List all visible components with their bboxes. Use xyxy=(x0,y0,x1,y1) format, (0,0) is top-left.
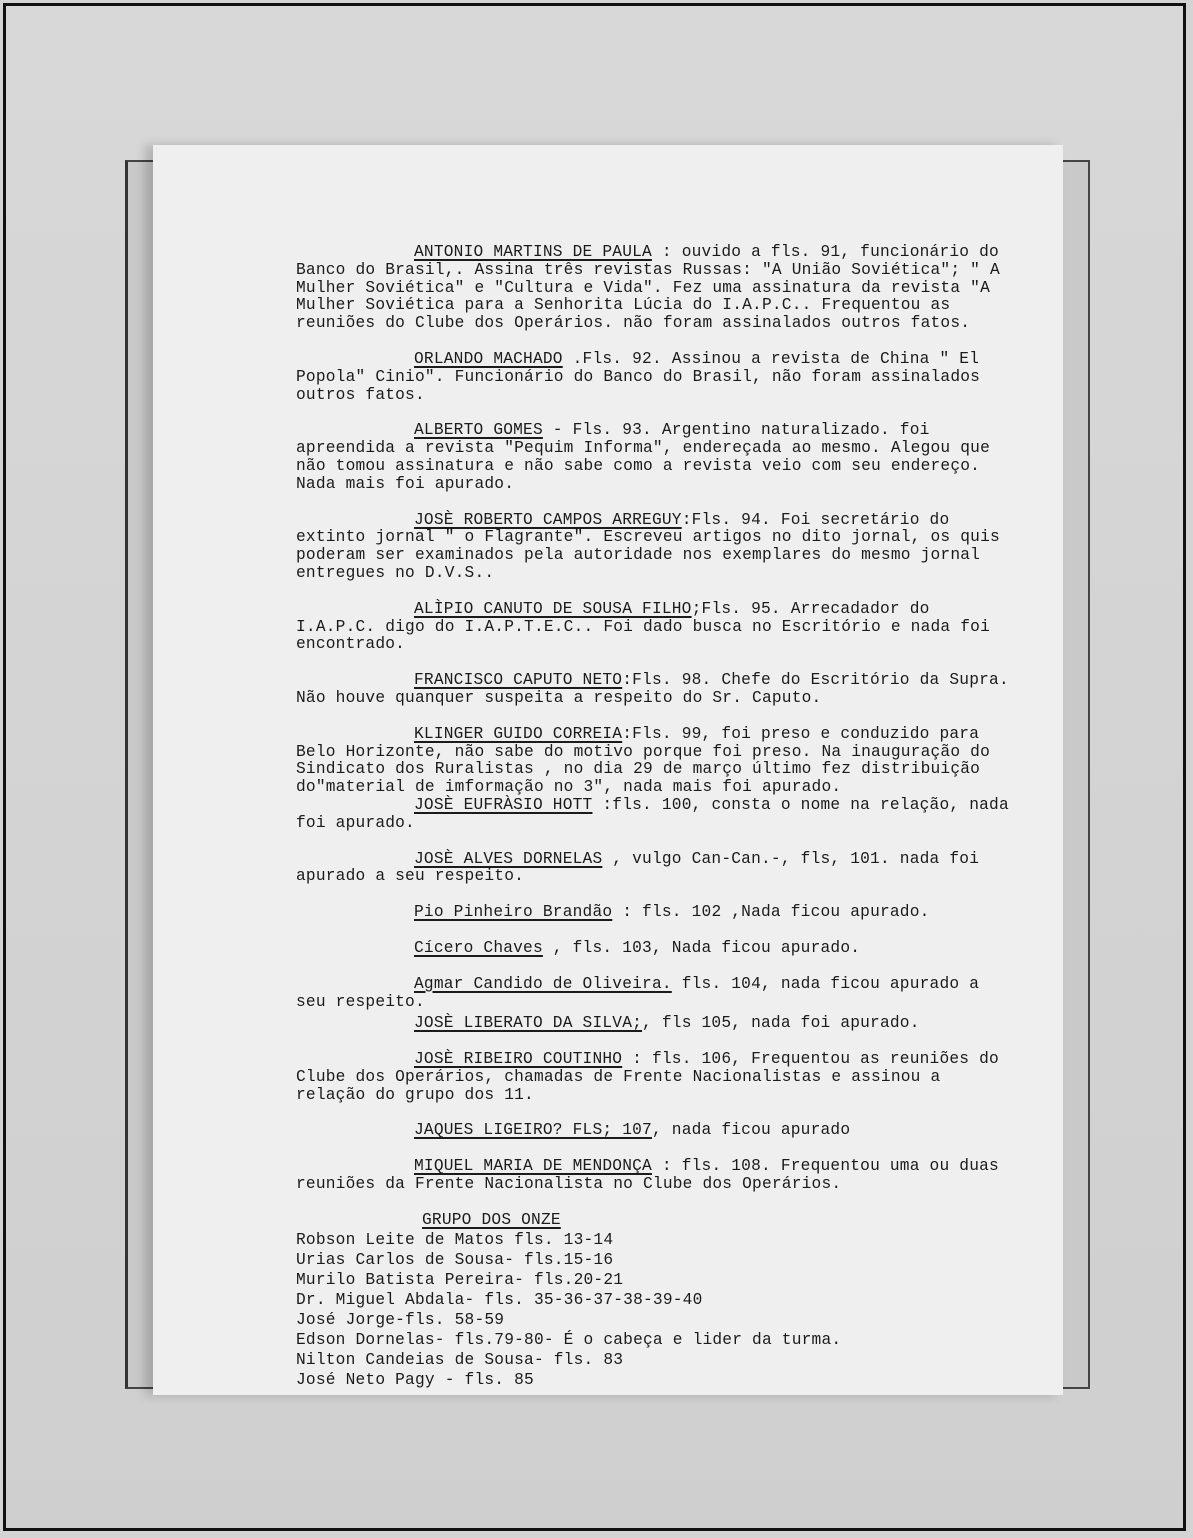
entry-text: , fls 105, nada foi apurado. xyxy=(642,1014,920,1032)
entry-name: JAQUES LIGEIRO? FLS; 107 xyxy=(414,1121,652,1139)
entry: ALÌPIO CANUTO DE SOUSA FILHO;Fls. 95. Ar… xyxy=(296,601,1016,654)
entry-text: :fls. 100, consta o nome na relação, nad… xyxy=(296,796,1019,832)
entry-name: JOSÈ ROBERTO CAMPOS ARREGUY xyxy=(414,511,682,529)
entry-text: :Fls. 99, foi preso e conduzido para Bel… xyxy=(296,725,1000,796)
entry-text: : ouvido a fls. 91, funcionário do Banco… xyxy=(296,243,1010,332)
entry-name: JOSÈ RIBEIRO COUTINHO xyxy=(414,1050,622,1068)
entry: FRANCISCO CAPUTO NETO:Fls. 98. Chefe do … xyxy=(296,672,1016,708)
entry: KLINGER GUIDO CORREIA:Fls. 99, foi preso… xyxy=(296,726,1016,797)
group-member: Edson Dornelas- fls.79-80- É o cabeça e … xyxy=(296,1330,1016,1350)
entry-text: : fls. 102 ,Nada ficou apurado. xyxy=(612,903,929,921)
entry: JOSÈ ALVES DORNELAS , vulgo Can-Can.-, f… xyxy=(296,851,1016,887)
entry-name: ALBERTO GOMES xyxy=(414,421,543,439)
entry-name: Cícero Chaves xyxy=(414,939,543,957)
entry-text: - Fls. 93. Argentino naturalizado. foi a… xyxy=(296,421,1000,492)
entry: ALBERTO GOMES - Fls. 93. Argentino natur… xyxy=(296,422,1016,493)
entry-text: : fls. 108. Frequentou uma ou duas reuni… xyxy=(296,1157,1009,1193)
entry-name: ORLANDO MACHADO xyxy=(414,350,563,368)
entry: ANTONIO MARTINS DE PAULA : ouvido a fls.… xyxy=(296,244,1016,333)
entry: ORLANDO MACHADO .Fls. 92. Assinou a revi… xyxy=(296,351,1016,404)
entry-name: JOSÈ EUFRÀSIO HOTT xyxy=(414,796,592,814)
entry: Agmar Candido de Oliveira. fls. 104, nad… xyxy=(296,976,1016,1012)
group-title: GRUPO DOS ONZE xyxy=(422,1212,1016,1230)
entry: MIQUEL MARIA DE MENDONÇA : fls. 108. Fre… xyxy=(296,1158,1016,1194)
group-member: Robson Leite de Matos fls. 13-14 xyxy=(296,1230,1016,1250)
entry-name: JOSÈ LIBERATO DA SILVA; xyxy=(414,1014,642,1032)
entry: JOSÈ EUFRÀSIO HOTT :fls. 100, consta o n… xyxy=(296,797,1016,833)
entry-text: .Fls. 92. Assinou a revista de China " E… xyxy=(296,350,990,404)
entry: JOSÈ ROBERTO CAMPOS ARREGUY:Fls. 94. Foi… xyxy=(296,512,1016,583)
entry-text: , fls. 103, Nada ficou apurado. xyxy=(543,939,860,957)
document-body: ANTONIO MARTINS DE PAULA : ouvido a fls.… xyxy=(296,244,1016,1390)
group-member: José Jorge-fls. 58-59 xyxy=(296,1310,1016,1330)
entry-text: :Fls. 98. Chefe do Escritório da Supra. … xyxy=(296,671,1019,707)
entry-name: Pio Pinheiro Brandão xyxy=(414,903,612,921)
entry: JAQUES LIGEIRO? FLS; 107, nada ficou apu… xyxy=(296,1122,1016,1140)
entry: JOSÈ LIBERATO DA SILVA;, fls 105, nada f… xyxy=(296,1015,1016,1033)
entry-text: : fls. 106, Frequentou as reuniões do Cl… xyxy=(296,1050,1009,1104)
entry-text: , vulgo Can-Can.-, fls, 101. nada foi ap… xyxy=(296,850,989,886)
entry-name: MIQUEL MARIA DE MENDONÇA xyxy=(414,1157,652,1175)
group-member: Dr. Miguel Abdala- fls. 35-36-37-38-39-4… xyxy=(296,1290,1016,1310)
entry-name: ALÌPIO CANUTO DE SOUSA FILHO xyxy=(414,600,692,618)
entry: Cícero Chaves , fls. 103, Nada ficou apu… xyxy=(296,940,1016,958)
group-member: José Neto Pagy - fls. 85 xyxy=(296,1370,1016,1390)
group-member: Murilo Batista Pereira- fls.20-21 xyxy=(296,1270,1016,1290)
group-member-list: Robson Leite de Matos fls. 13-14 Urias C… xyxy=(296,1230,1016,1390)
entry: Pio Pinheiro Brandão : fls. 102 ,Nada fi… xyxy=(296,904,1016,922)
entry-name: JOSÈ ALVES DORNELAS xyxy=(414,850,602,868)
entry-name: KLINGER GUIDO CORREIA xyxy=(414,725,622,743)
entry-text: , nada ficou apurado xyxy=(652,1121,850,1139)
entry-name: Agmar Candido de Oliveira. xyxy=(414,975,672,993)
entry-name: ANTONIO MARTINS DE PAULA xyxy=(414,243,652,261)
group-member: Nilton Candeias de Sousa- fls. 83 xyxy=(296,1350,1016,1370)
group-member: Urias Carlos de Sousa- fls.15-16 xyxy=(296,1250,1016,1270)
entry-name: FRANCISCO CAPUTO NETO xyxy=(414,671,622,689)
entry: JOSÈ RIBEIRO COUTINHO : fls. 106, Freque… xyxy=(296,1051,1016,1104)
